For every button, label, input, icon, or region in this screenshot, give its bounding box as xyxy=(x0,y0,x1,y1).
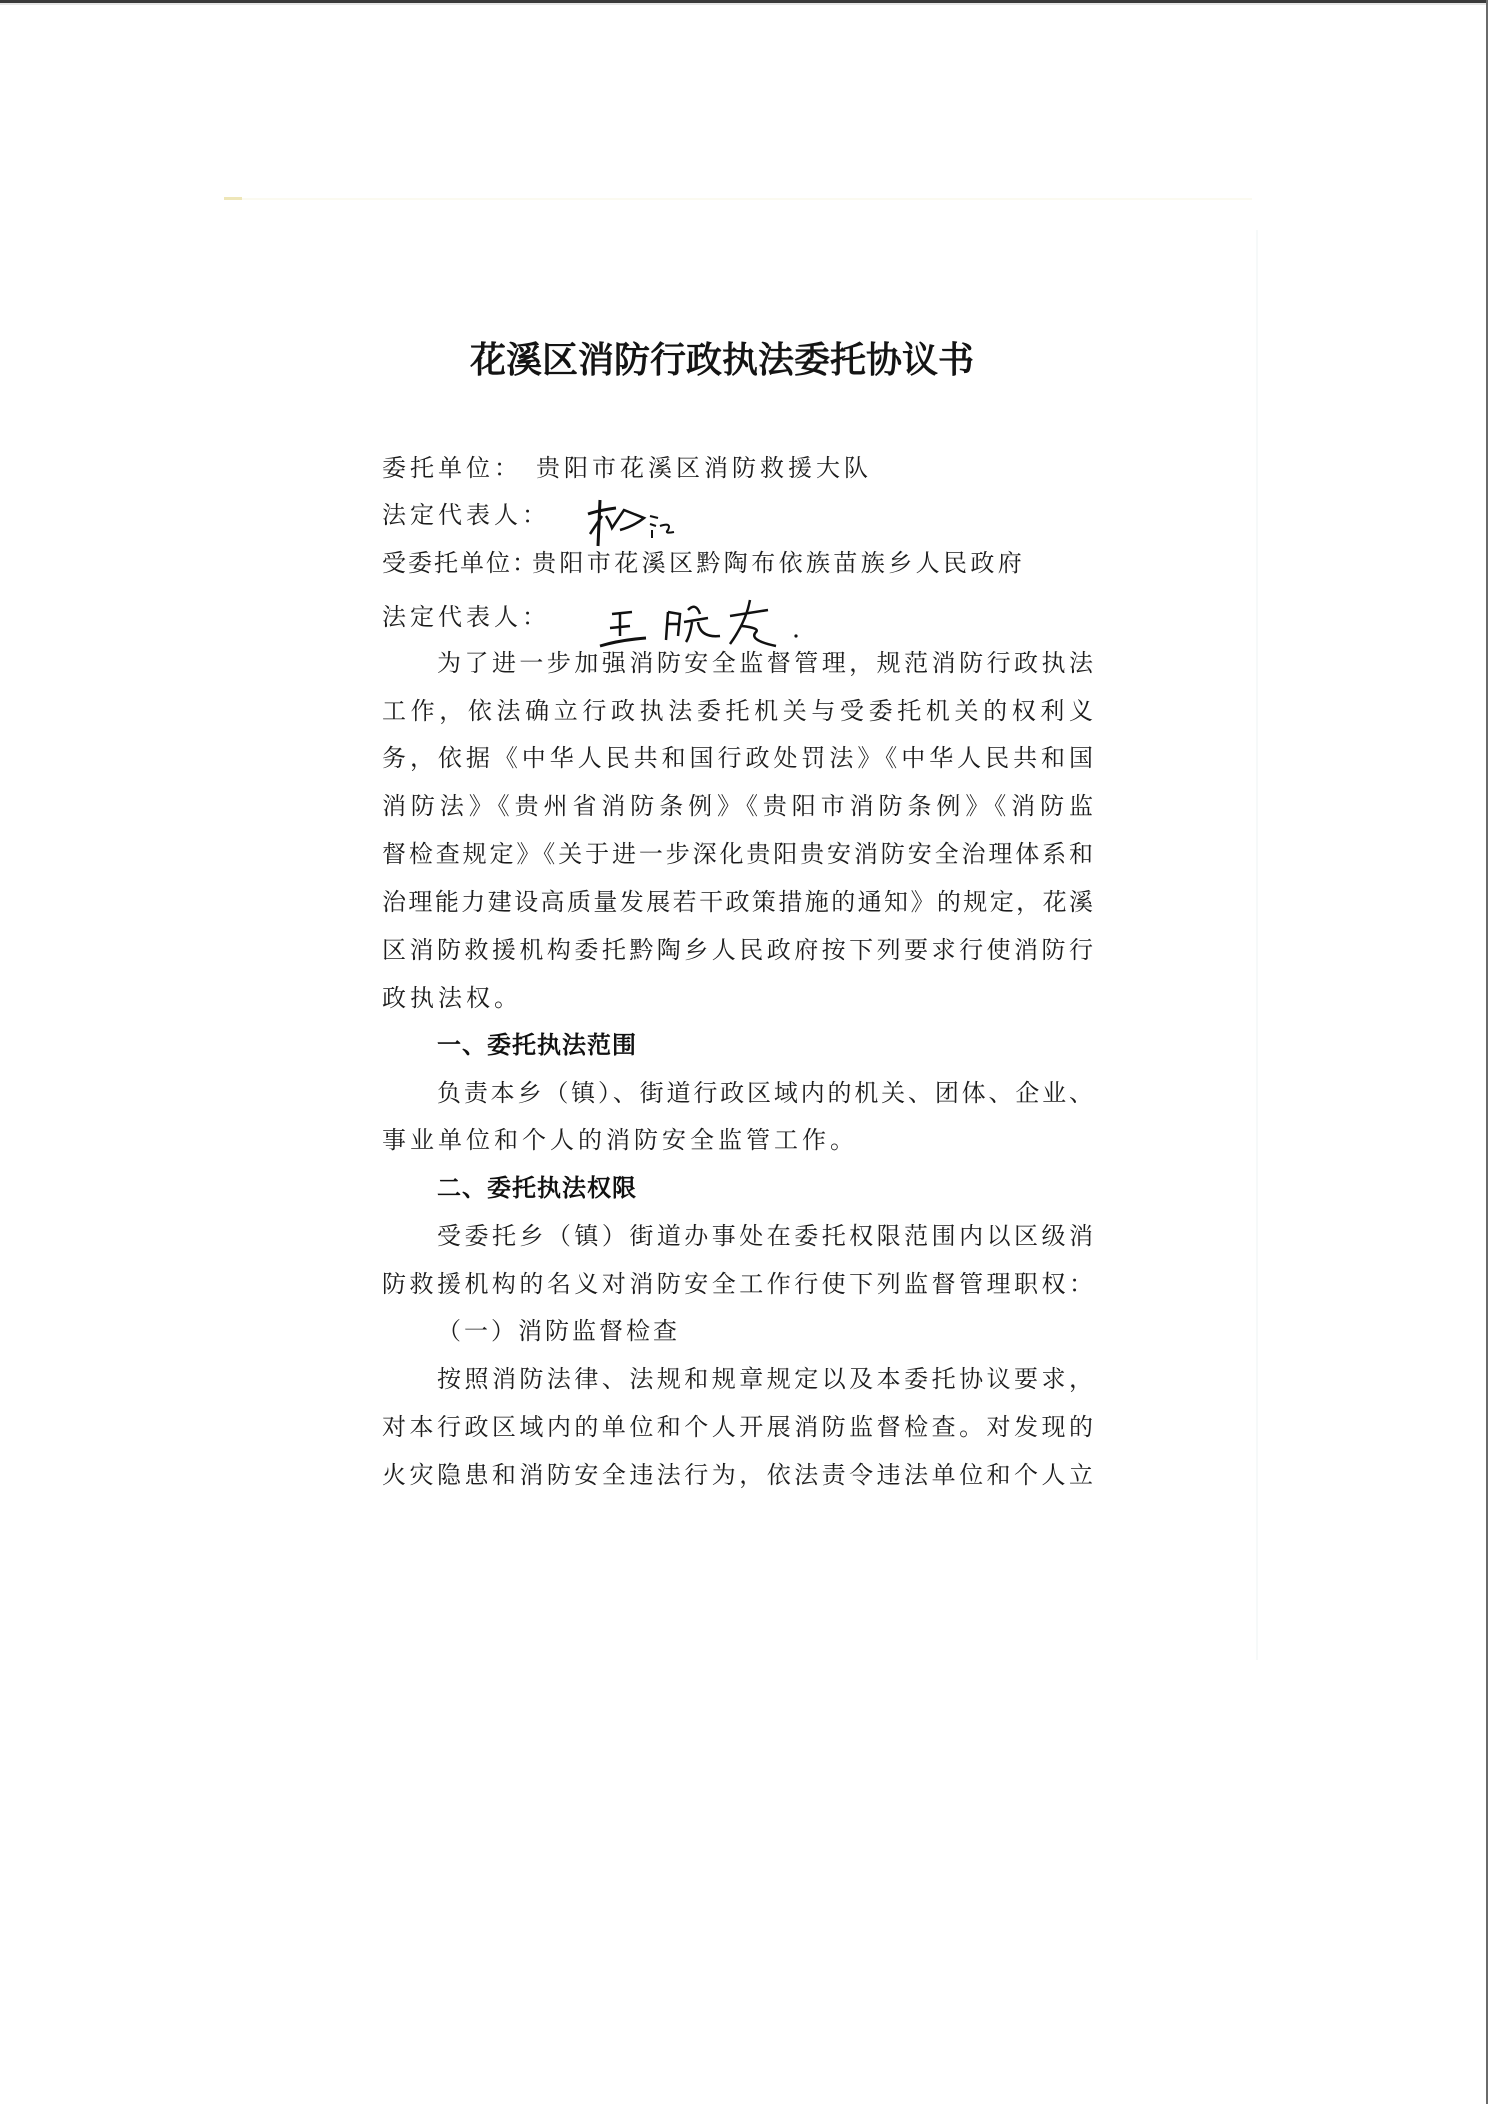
entrusting-unit-value: 贵阳市花溪区消防救援大队 xyxy=(536,450,872,486)
preamble-line-4: 消防法》《贵州省消防条例》《贵阳市消防条例》《消防监 xyxy=(382,788,1093,824)
preamble-line-8: 政执法权。 xyxy=(382,980,1093,1016)
section-1-line-1: 负责本乡（镇）、街道行政区域内的机关、团体、企业、 xyxy=(437,1075,1093,1111)
section-2-line-2: 防救援机构的名义对消防安全工作行使下列监督管理职权： xyxy=(382,1266,1093,1302)
scan-top-edge-light xyxy=(0,3,1488,5)
preamble-line-3: 务，依据《中华人民共和国行政处罚法》《中华人民共和国 xyxy=(382,740,1093,776)
subsection-1-line-2: 对本行政区域内的单位和个人开展消防监督检查。对发现的 xyxy=(382,1409,1093,1445)
scan-artifact-mark xyxy=(224,197,242,200)
section-1-line-2: 事业单位和个人的消防安全监管工作。 xyxy=(382,1122,1093,1158)
preamble-line-2: 工作，依法确立行政执法委托机关与受委托机关的权利义 xyxy=(382,693,1093,729)
entrusted-unit-label: 受委托单位： xyxy=(382,545,538,581)
preamble-line-1: 为了进一步加强消防安全监督管理，规范消防行政执法 xyxy=(437,645,1093,681)
scan-artifact-line xyxy=(242,198,1252,200)
entrusting-unit-label: 委托单位： xyxy=(382,450,522,486)
subsection-1-line-1: 按照消防法律、法规和规章规定以及本委托协议要求， xyxy=(437,1361,1093,1397)
subsection-1-line-3: 火灾隐患和消防安全违法行为，依法责令违法单位和个人立 xyxy=(382,1457,1093,1493)
subsection-1-heading: （一）消防监督检查 xyxy=(437,1313,1093,1349)
section-2-heading: 二、委托执法权限 xyxy=(437,1170,1093,1206)
preamble-line-5: 督检查规定》《关于进一步深化贵阳贵安消防安全治理体系和 xyxy=(382,836,1093,872)
scan-artifact-vertical-line xyxy=(1256,230,1258,1660)
preamble-line-6: 治理能力建设高质量发展若干政策措施的通知》的规定，花溪 xyxy=(382,884,1093,920)
entrusted-unit-value: 贵阳市花溪区黔陶布依族苗族乡人民政府 xyxy=(532,545,1025,581)
legal-rep-label-1: 法定代表人： xyxy=(382,497,550,533)
preamble-line-7: 区消防救援机构委托黔陶乡人民政府按下列要求行使消防行 xyxy=(382,932,1093,968)
section-2-line-1: 受委托乡（镇）街道办事处在委托权限范围内以区级消 xyxy=(437,1218,1093,1254)
legal-rep-label-2: 法定代表人： xyxy=(382,599,550,635)
document-title: 花溪区消防行政执法委托协议书 xyxy=(470,335,1010,385)
section-1-heading: 一、委托执法范围 xyxy=(437,1027,1093,1063)
